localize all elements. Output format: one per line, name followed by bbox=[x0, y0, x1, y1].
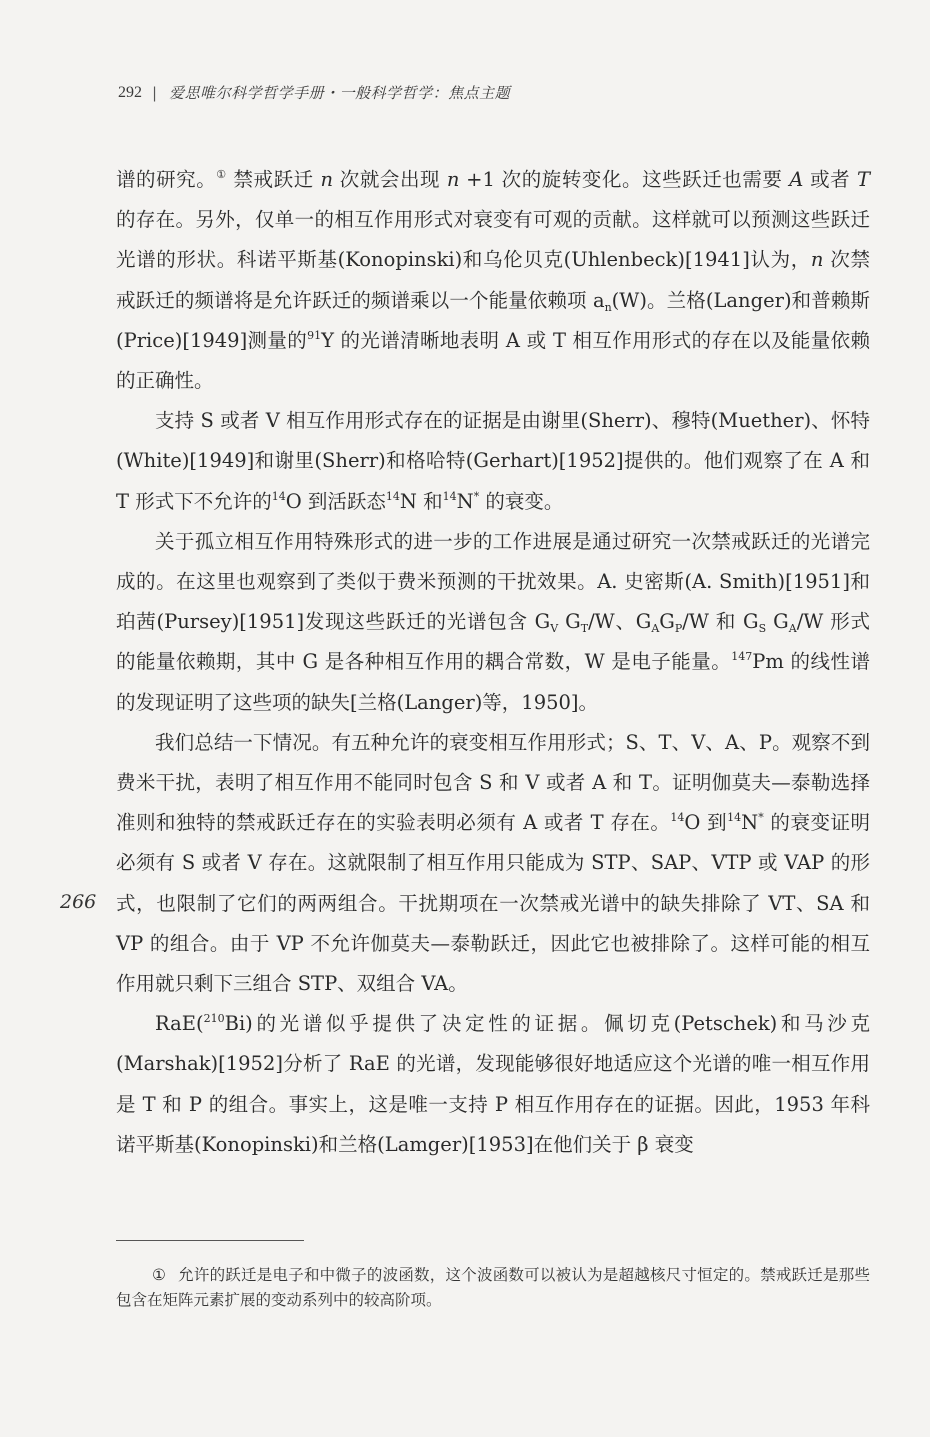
book-title: 爱思唯尔科学哲学手册・一般科学哲学：焦点主题 bbox=[169, 82, 510, 103]
margin-page-reference: 266 bbox=[60, 891, 96, 913]
subscript: n bbox=[605, 301, 612, 314]
header-separator: | bbox=[152, 84, 157, 102]
superscript: 147 bbox=[731, 650, 752, 663]
superscript: 14 bbox=[443, 490, 457, 503]
text-span: Bi)的光谱似乎提供了决定性的证据。佩切克(Petschek)和马沙克(Mars… bbox=[116, 1012, 870, 1156]
math-var: n bbox=[320, 168, 333, 191]
text-span: N bbox=[741, 811, 758, 834]
superscript: 14 bbox=[670, 811, 684, 824]
footnote-text: 允许的跃迁是电子和中微子的波函数，这个波函数可以被认为是超越核尺寸恒定的。禁戒跃… bbox=[116, 1266, 870, 1309]
superscript: 14 bbox=[386, 490, 400, 503]
page-number: 292 bbox=[118, 84, 142, 102]
text-span: +1 次的旋转变化。这些跃迁也需要 bbox=[459, 168, 789, 191]
text-span: 谱的研究。 bbox=[116, 168, 216, 191]
paragraph-2: 支持 S 或者 V 相互作用形式存在的证据是由谢里(Sherr)、穆特(Muet… bbox=[116, 401, 870, 522]
superscript: 14 bbox=[272, 490, 286, 503]
paragraph-1: 谱的研究。① 禁戒跃迁 n 次就会出现 n +1 次的旋转变化。这些跃迁也需要 … bbox=[116, 160, 870, 401]
paragraph-4: 我们总结一下情况。有五种允许的衰变相互作用形式；S、T、V、A、P。观察不到费米… bbox=[116, 723, 870, 1004]
text-span: G bbox=[558, 610, 581, 633]
text-span: 的衰变。 bbox=[479, 490, 563, 513]
math-var: A bbox=[789, 168, 803, 191]
text-span: O 到活跃态 bbox=[286, 490, 386, 513]
superscript: 91 bbox=[307, 329, 321, 342]
math-var: n bbox=[447, 168, 460, 191]
text-span: 次就会出现 bbox=[333, 168, 447, 191]
subscript: T bbox=[581, 622, 588, 635]
paragraph-5: RaE(210Bi)的光谱似乎提供了决定性的证据。佩切克(Petschek)和马… bbox=[116, 1004, 870, 1165]
text-span: G bbox=[659, 610, 675, 633]
text-span: O 到 bbox=[684, 811, 727, 834]
text-span: RaE( bbox=[155, 1012, 204, 1035]
footnote-divider bbox=[116, 1240, 304, 1241]
footnote-ref[interactable]: ① bbox=[216, 168, 226, 181]
footnote-mark: ① bbox=[152, 1266, 166, 1284]
footnote: ①允许的跃迁是电子和中微子的波函数，这个波函数可以被认为是超越核尺寸恒定的。禁戒… bbox=[116, 1263, 870, 1313]
text-span: N 和 bbox=[400, 490, 443, 513]
subscript: A bbox=[789, 622, 797, 635]
math-var: n bbox=[811, 248, 824, 271]
superscript: 210 bbox=[204, 1012, 225, 1025]
body-text: 谱的研究。① 禁戒跃迁 n 次就会出现 n +1 次的旋转变化。这些跃迁也需要 … bbox=[116, 160, 870, 1165]
text-span: 或者 bbox=[803, 168, 857, 191]
text-span: G bbox=[766, 610, 789, 633]
math-var: T bbox=[857, 168, 870, 191]
text-span: N bbox=[457, 490, 474, 513]
text-span: 的衰变证明必须有 S 或者 V 存在。这就限制了相互作用只能成为 STP、SAP… bbox=[116, 811, 870, 995]
text-span: /W、G bbox=[588, 610, 651, 633]
text-span: 禁戒跃迁 bbox=[227, 168, 321, 191]
paragraph-3: 关于孤立相互作用特殊形式的进一步的工作进展是通过研究一次禁戒跃迁的光谱完成的。在… bbox=[116, 522, 870, 723]
running-head: 292 | 爱思唯尔科学哲学手册・一般科学哲学：焦点主题 bbox=[118, 82, 510, 103]
superscript: 14 bbox=[727, 811, 741, 824]
text-span: /W 和 G bbox=[682, 610, 758, 633]
text-span: 的存在。另外，仅单一的相互作用形式对衰变有可观的贡献。这样就可以预测这些跃迁光谱… bbox=[116, 208, 870, 271]
